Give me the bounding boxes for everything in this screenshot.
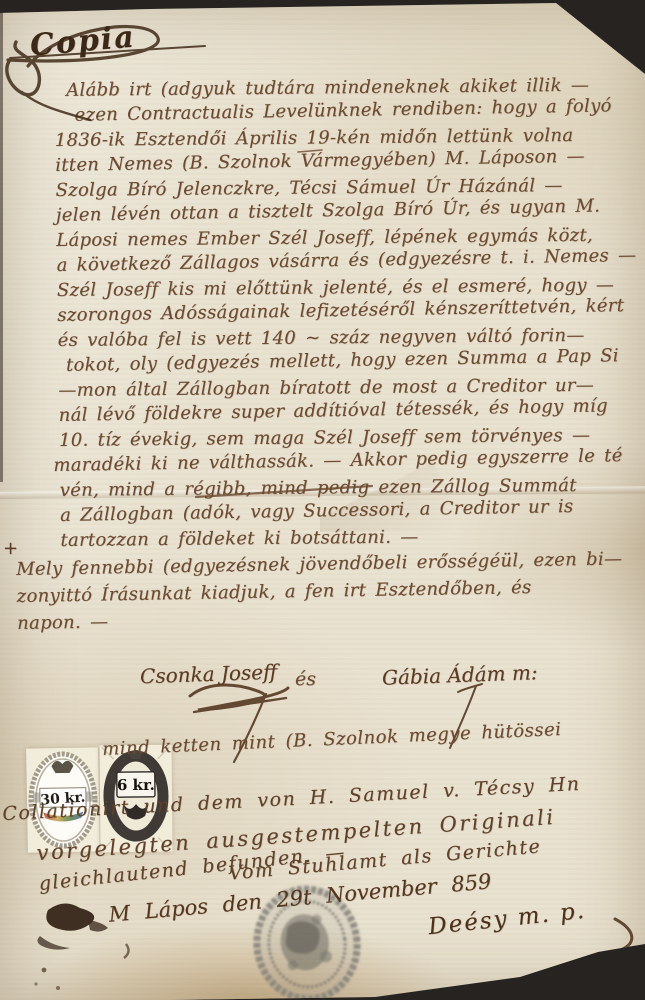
official-signature-flourish: [555, 915, 645, 995]
document-page: Copia Alább irt (adgyuk tudtára mindenek…: [0, 0, 645, 1000]
closing-paragraph: Mely fennebbi (edgyezésnek jövendőbeli e…: [16, 545, 637, 637]
scanned-document-photo: Copia Alább irt (adgyuk tudtára mindenek…: [0, 0, 645, 1000]
ink-blot: [18, 892, 148, 997]
